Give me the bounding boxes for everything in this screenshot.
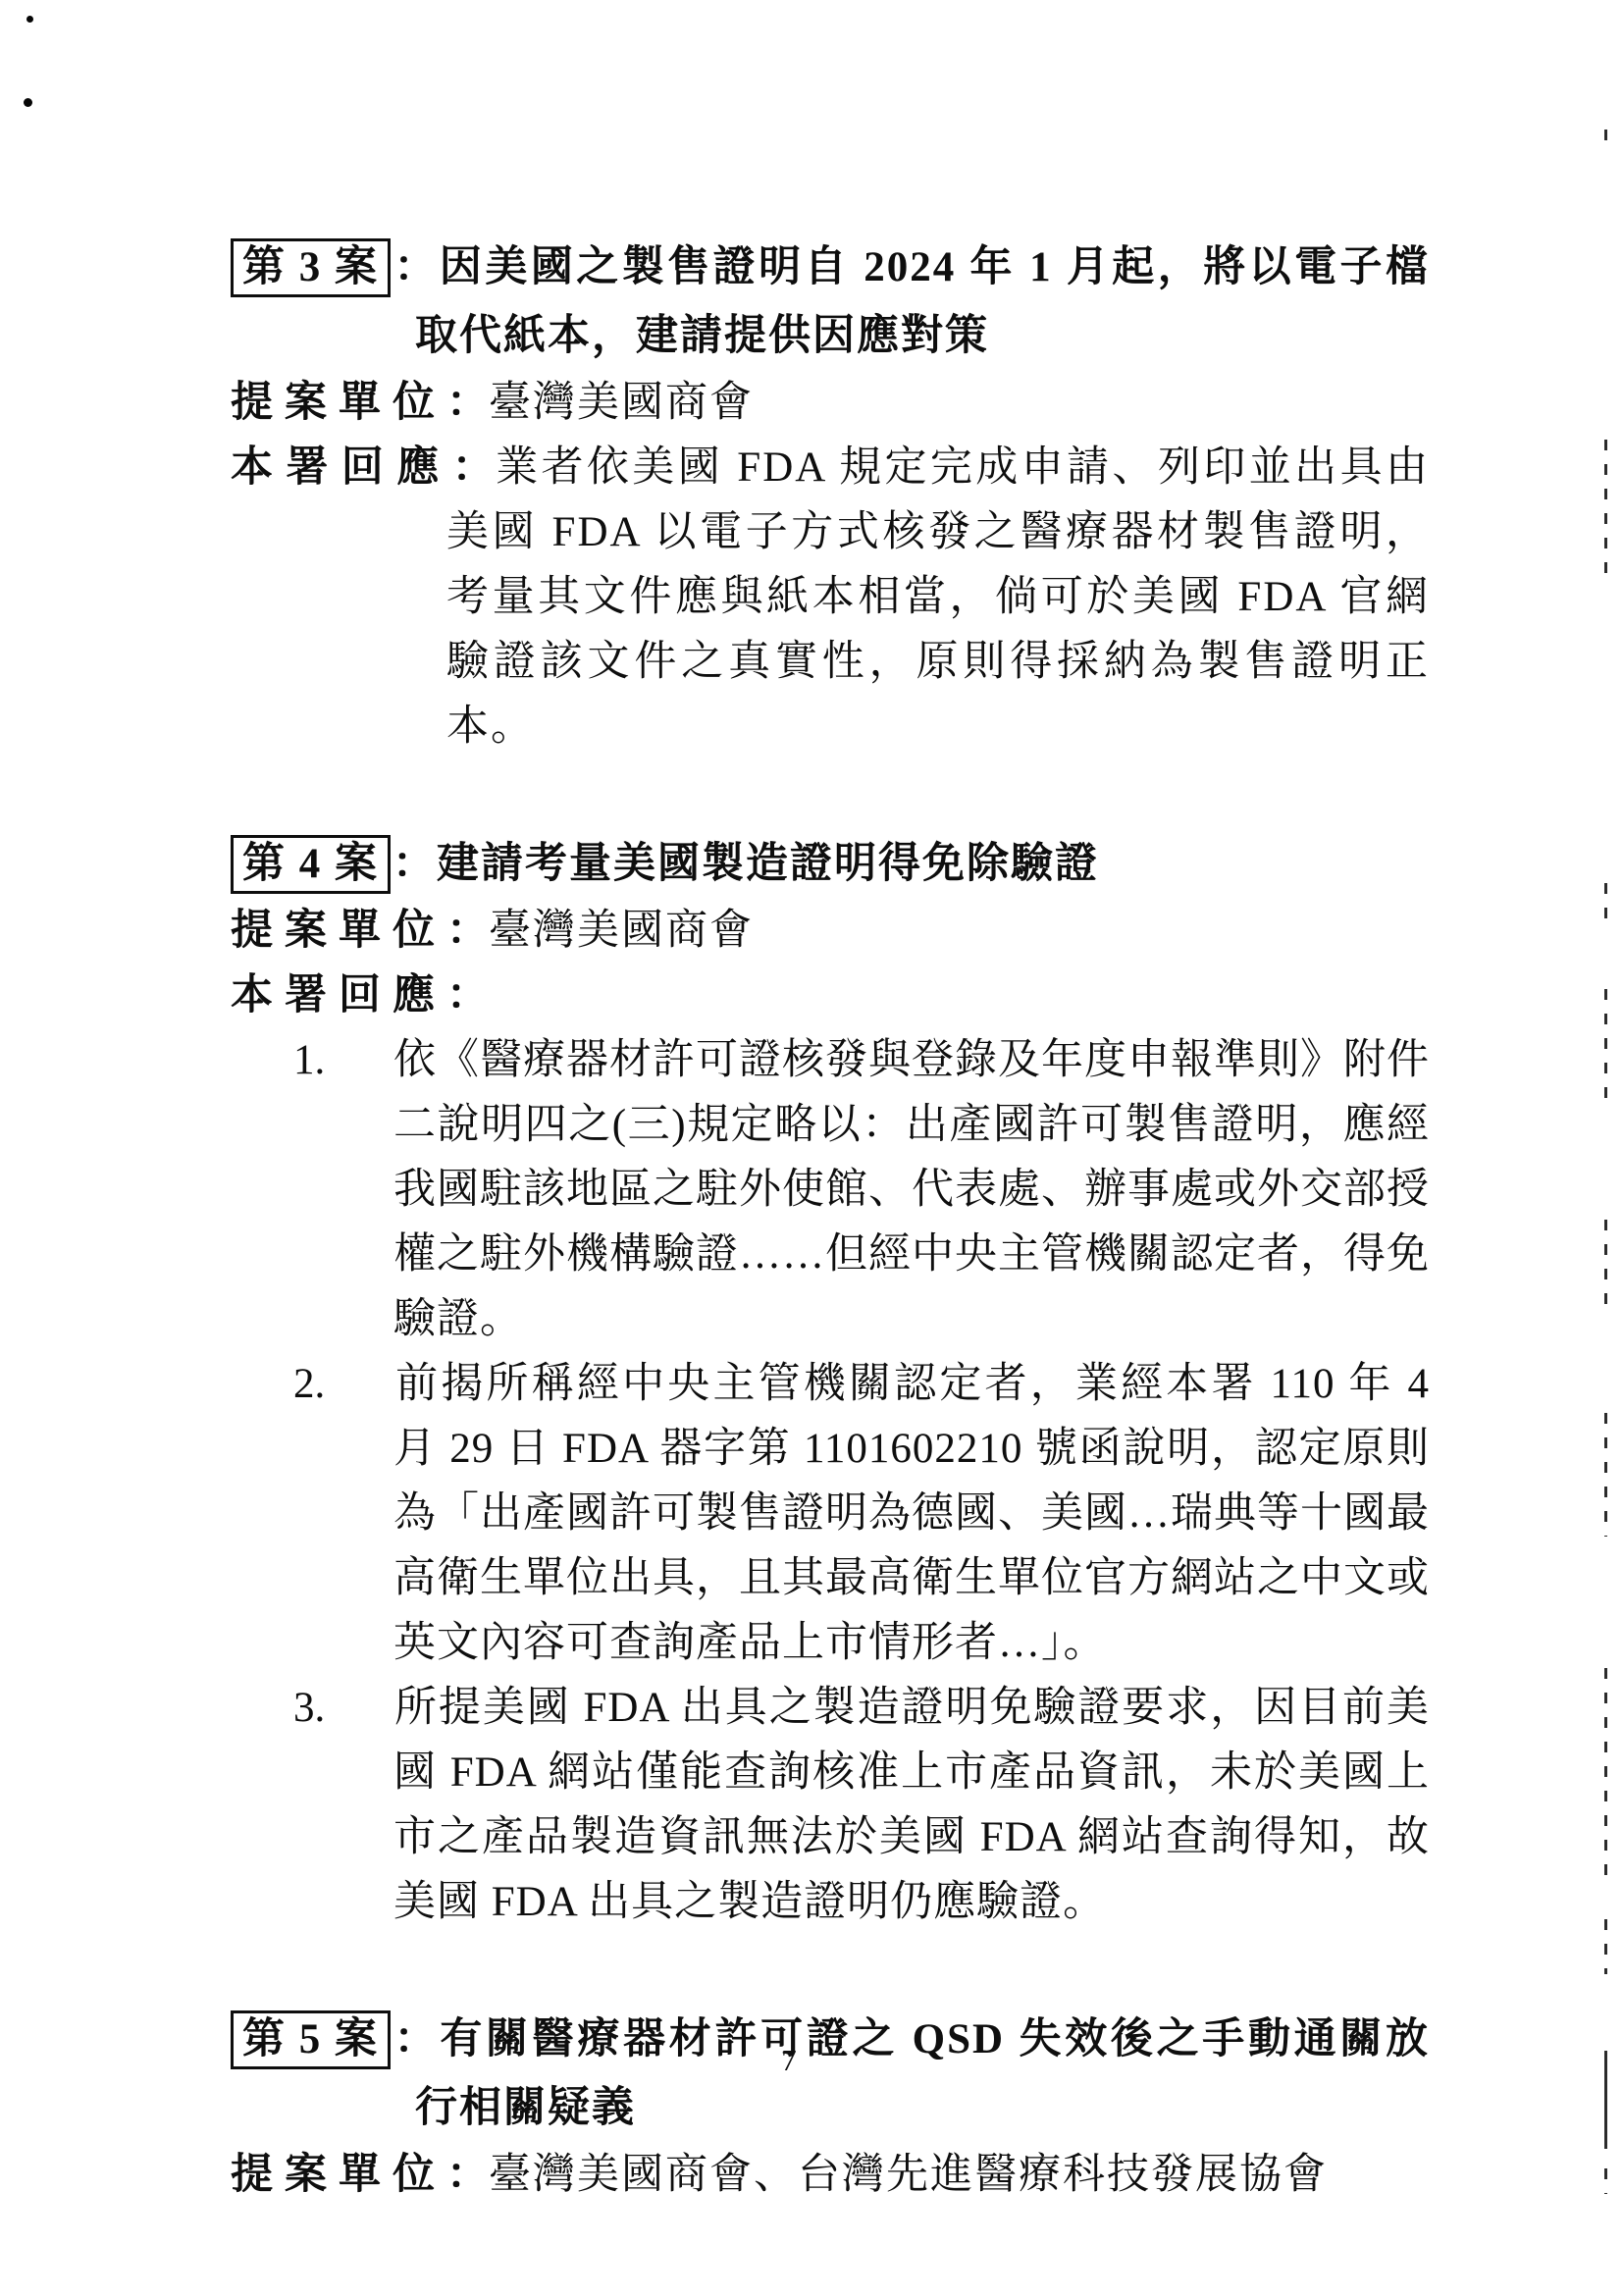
item-number: 3. [293,1676,393,1741]
item-number: 1. [293,1028,393,1093]
item-text: 前揭所稱經中央主管機關認定者，業經本署 110 年 4 月 29 日 FDA 器… [393,1361,1430,1666]
scan-fold-line [1604,1220,1607,1304]
page-number: 7 [0,2039,1578,2082]
scan-speck [24,98,32,107]
case-title: 建請考量美國製造證明得免除驗證 [437,841,1099,887]
proposer-value: 臺灣美國商會、台灣先進醫療科技發展協會 [489,2152,1328,2198]
case-section-3: 第 3 案：因美國之製售證明自 2024 年 1 月起，將以電子檔取代紙本，建請… [231,234,1430,759]
case-heading: 第 4 案：建請考量美國製造證明得免除驗證 [231,830,1430,899]
response-row: 本署回應： [231,964,1430,1028]
heading-colon: ： [393,841,437,887]
case-section-5: 第 5 案：有關醫療器材許可證之 QSD 失效後之手動通關放行相關疑義 提案單位… [231,2006,1430,2208]
case-title: 因美國之製售證明自 2024 年 1 月起，將以電子檔取代紙本，建請提供因應對策 [415,244,1430,359]
proposer-row: 提案單位：臺灣美國商會 [231,371,1430,436]
item-text: 所提美國 FDA 出具之製造證明免驗證要求，因目前美國 FDA 網站僅能查詢核准… [393,1685,1430,1925]
response-item: 3.所提美國 FDA 出具之製造證明免驗證要求，因目前美國 FDA 網站僅能查詢… [293,1676,1430,1935]
case-section-4: 第 4 案：建請考量美國製造證明得免除驗證 提案單位：臺灣美國商會 本署回應： … [231,830,1430,1935]
scan-fold-line [1604,440,1607,579]
scan-speck [26,16,33,23]
response-item: 1.依《醫療器材許可證核發與登錄及年度申報準則》附件二說明四之(三)規定略以：出… [293,1028,1430,1352]
case-number-box: 第 4 案 [231,835,391,894]
label-colon: ： [446,972,489,1018]
label-colon: ： [452,444,496,491]
item-text: 依《醫療器材許可證核發與登錄及年度申報準則》附件二說明四之(三)規定略以：出產國… [393,1037,1430,1342]
proposer-label: 提案單位 [231,2152,446,2198]
scan-fold-line [1604,989,1607,1109]
scan-fold-line [1604,130,1607,145]
label-colon: ： [446,2152,489,2198]
response-label: 本署回應 [231,972,446,1018]
scan-fold-line [1604,2051,1607,2149]
proposer-value: 臺灣美國商會 [489,380,754,426]
label-colon: ： [446,908,489,954]
response-label: 本署回應 [231,444,452,491]
scanned-document-page: 第 3 案：因美國之製售證明自 2024 年 1 月起，將以電子檔取代紙本，建請… [0,0,1623,2296]
proposer-label: 提案單位 [231,380,446,426]
document-body: 第 3 案：因美國之製售證明自 2024 年 1 月起，將以電子檔取代紙本，建請… [231,234,1430,2208]
scan-fold-line [1604,883,1607,928]
heading-colon: ： [393,244,440,290]
response-text: 業者依美國 FDA 規定完成申請、列印並出具由美國 FDA 以電子方式核發之醫療… [446,444,1430,750]
response-list: 1.依《醫療器材許可證核發與登錄及年度申報準則》附件二說明四之(三)規定略以：出… [293,1028,1430,1935]
response-item: 2.前揭所稱經中央主管機關認定者，業經本署 110 年 4 月 29 日 FDA… [293,1352,1430,1676]
proposer-value: 臺灣美國商會 [489,908,754,954]
case-number-box: 第 3 案 [231,238,391,297]
proposer-label: 提案單位 [231,908,446,954]
scan-fold-line [1604,2168,1607,2194]
proposer-row: 提案單位：臺灣美國商會、台灣先進醫療科技發展協會 [231,2143,1430,2208]
response-row: 本署回應：業者依美國 FDA 規定完成申請、列印並出具由美國 FDA 以電子方式… [231,436,1430,759]
proposer-row: 提案單位：臺灣美國商會 [231,899,1430,964]
case-heading: 第 3 案：因美國之製售證明自 2024 年 1 月起，將以電子檔取代紙本，建請… [231,234,1430,371]
label-colon: ： [446,380,489,426]
scan-fold-line [1604,1413,1607,1537]
item-number: 2. [293,1352,393,1417]
scan-fold-line [1604,1919,1607,1974]
scan-fold-line [1604,1668,1607,1876]
